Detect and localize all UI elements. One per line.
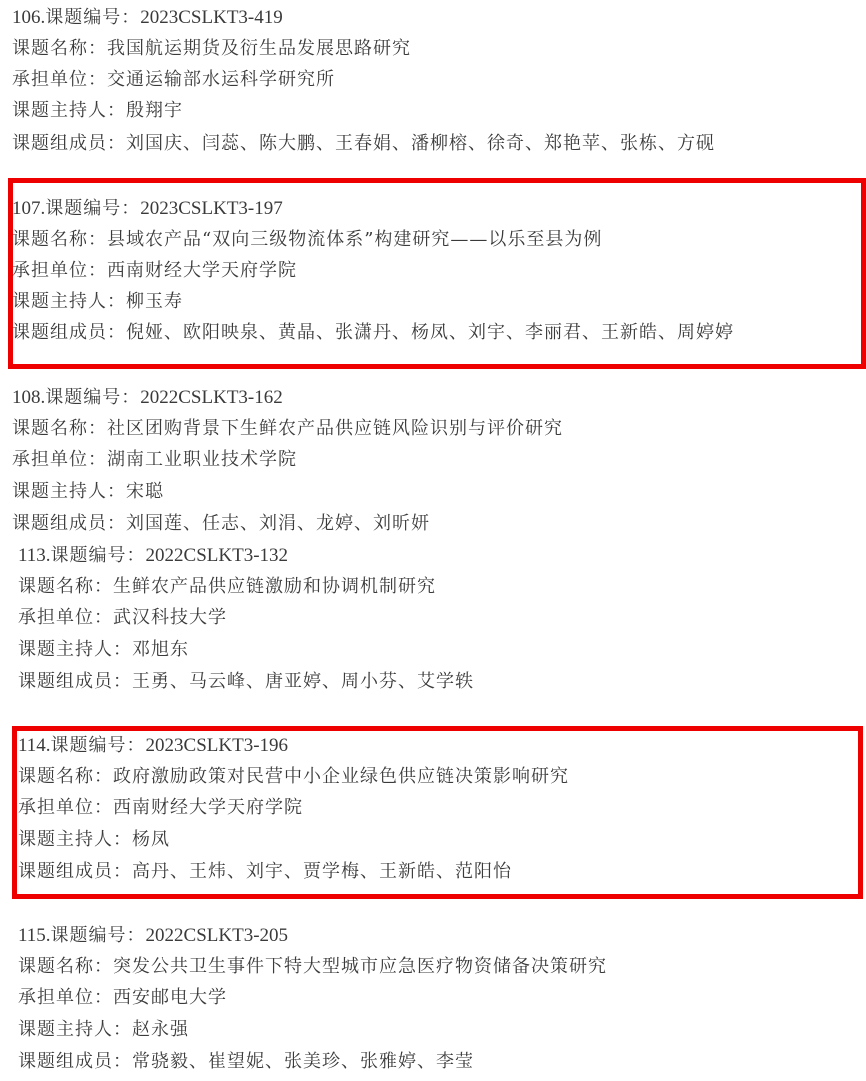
host-label: 课题主持人： bbox=[18, 1019, 132, 1040]
project-members-line: 课题组成员：常骁毅、崔望妮、张美珍、张雅婷、李莹 bbox=[18, 1051, 474, 1073]
code-label: 课题编号： bbox=[45, 387, 140, 408]
project-title: 突发公共卫生事件下特大型城市应急医疗物资储备决策研究 bbox=[113, 956, 607, 977]
project-code-line: 113.课题编号：2022CSLKT3-132 bbox=[18, 545, 288, 567]
org-label: 承担单位： bbox=[12, 69, 107, 90]
project-org-line: 承担单位：西南财经大学天府学院 bbox=[18, 797, 303, 819]
project-code: 2022CSLKT3-205 bbox=[146, 925, 289, 946]
project-title: 生鲜农产品供应链激励和协调机制研究 bbox=[113, 576, 436, 597]
project-host-line: 课题主持人：殷翔宇 bbox=[12, 100, 183, 122]
host-label: 课题主持人： bbox=[12, 291, 126, 312]
project-title-line: 课题名称：政府激励政策对民营中小企业绿色供应链决策影响研究 bbox=[18, 766, 569, 788]
project-members-line: 课题组成员：刘国莲、任志、刘涓、龙婷、刘昕妍 bbox=[12, 513, 430, 535]
title-label: 课题名称： bbox=[12, 418, 107, 439]
members-label: 课题组成员： bbox=[18, 1051, 132, 1072]
project-host: 殷翔宇 bbox=[126, 100, 183, 121]
entry-index: 115. bbox=[18, 925, 51, 946]
project-title-line: 课题名称：突发公共卫生事件下特大型城市应急医疗物资储备决策研究 bbox=[18, 956, 607, 978]
entry-index: 113. bbox=[18, 545, 51, 566]
project-title: 政府激励政策对民营中小企业绿色供应链决策影响研究 bbox=[113, 766, 569, 787]
entry-index: 106. bbox=[12, 7, 45, 28]
org-label: 承担单位： bbox=[18, 987, 113, 1008]
title-label: 课题名称： bbox=[18, 766, 113, 787]
project-code-line: 106.课题编号：2023CSLKT3-419 bbox=[12, 7, 283, 29]
project-title-line: 课题名称：县域农产品“双向三级物流体系”构建研究——以乐至县为例 bbox=[12, 229, 602, 251]
code-label: 课题编号： bbox=[45, 198, 140, 219]
project-members-line: 课题组成员：倪娅、欧阳映泉、黄晶、张潇丹、杨凤、刘宇、李丽君、王新皓、周婷婷 bbox=[12, 322, 734, 344]
title-label: 课题名称： bbox=[12, 38, 107, 59]
project-code-line: 114.课题编号：2023CSLKT3-196 bbox=[18, 735, 288, 757]
project-title: 我国航运期货及衍生品发展思路研究 bbox=[107, 38, 411, 59]
project-org: 武汉科技大学 bbox=[113, 607, 227, 628]
project-code-line: 107.课题编号：2023CSLKT3-197 bbox=[12, 198, 283, 220]
host-label: 课题主持人： bbox=[12, 100, 126, 121]
project-code: 2023CSLKT3-196 bbox=[146, 735, 289, 756]
members-label: 课题组成员： bbox=[18, 671, 132, 692]
project-org-line: 承担单位：湖南工业职业技术学院 bbox=[12, 449, 297, 471]
project-code: 2023CSLKT3-419 bbox=[140, 7, 283, 28]
project-host: 赵永强 bbox=[132, 1019, 189, 1040]
project-members: 王勇、马云峰、唐亚婷、周小芬、艾学轶 bbox=[132, 671, 474, 692]
project-org-line: 承担单位：武汉科技大学 bbox=[18, 607, 227, 629]
project-title-line: 课题名称：生鲜农产品供应链激励和协调机制研究 bbox=[18, 576, 436, 598]
code-label: 课题编号： bbox=[45, 7, 140, 28]
project-org-line: 承担单位：交通运输部水运科学研究所 bbox=[12, 69, 335, 91]
project-host-line: 课题主持人：杨凤 bbox=[18, 829, 170, 851]
project-members-line: 课题组成员：刘国庆、闫蕊、陈大鹏、王春娟、潘柳榕、徐奇、郑艳苹、张栋、方砚 bbox=[12, 133, 715, 155]
project-org: 西安邮电大学 bbox=[113, 987, 227, 1008]
members-label: 课题组成员： bbox=[12, 322, 126, 343]
project-org: 湖南工业职业技术学院 bbox=[107, 449, 297, 470]
host-label: 课题主持人： bbox=[18, 639, 132, 660]
project-org-line: 承担单位：西安邮电大学 bbox=[18, 987, 227, 1009]
members-label: 课题组成员： bbox=[18, 861, 132, 882]
project-code: 2022CSLKT3-132 bbox=[146, 545, 289, 566]
project-org: 西南财经大学天府学院 bbox=[107, 260, 297, 281]
project-members: 刘国庆、闫蕊、陈大鹏、王春娟、潘柳榕、徐奇、郑艳苹、张栋、方砚 bbox=[126, 133, 715, 154]
project-members-line: 课题组成员：高丹、王炜、刘宇、贾学梅、王新皓、范阳怡 bbox=[18, 861, 512, 883]
title-label: 课题名称： bbox=[12, 229, 107, 250]
host-label: 课题主持人： bbox=[12, 481, 126, 502]
project-members: 常骁毅、崔望妮、张美珍、张雅婷、李莹 bbox=[132, 1051, 474, 1072]
org-label: 承担单位： bbox=[18, 607, 113, 628]
entry-index: 114. bbox=[18, 735, 51, 756]
code-label: 课题编号： bbox=[51, 925, 146, 946]
project-org: 西南财经大学天府学院 bbox=[113, 797, 303, 818]
project-host: 邓旭东 bbox=[132, 639, 189, 660]
project-org: 交通运输部水运科学研究所 bbox=[107, 69, 335, 90]
title-label: 课题名称： bbox=[18, 956, 113, 977]
org-label: 承担单位： bbox=[12, 449, 107, 470]
code-label: 课题编号： bbox=[51, 545, 146, 566]
project-code-line: 108.课题编号：2022CSLKT3-162 bbox=[12, 387, 283, 409]
project-host-line: 课题主持人：赵永强 bbox=[18, 1019, 189, 1041]
entry-index: 107. bbox=[12, 198, 45, 219]
project-members: 刘国莲、任志、刘涓、龙婷、刘昕妍 bbox=[126, 513, 430, 534]
title-label: 课题名称： bbox=[18, 576, 113, 597]
project-host: 柳玉寿 bbox=[126, 291, 183, 312]
project-title: 社区团购背景下生鲜农产品供应链风险识别与评价研究 bbox=[107, 418, 563, 439]
org-label: 承担单位： bbox=[12, 260, 107, 281]
project-members-line: 课题组成员：王勇、马云峰、唐亚婷、周小芬、艾学轶 bbox=[18, 671, 474, 693]
code-label: 课题编号： bbox=[51, 735, 146, 756]
project-title-line: 课题名称：社区团购背景下生鲜农产品供应链风险识别与评价研究 bbox=[12, 418, 563, 440]
project-host: 宋聪 bbox=[126, 481, 164, 502]
entry-index: 108. bbox=[12, 387, 45, 408]
host-label: 课题主持人： bbox=[18, 829, 132, 850]
project-title: 县域农产品“双向三级物流体系”构建研究——以乐至县为例 bbox=[107, 229, 602, 250]
project-org-line: 承担单位：西南财经大学天府学院 bbox=[12, 260, 297, 282]
project-host-line: 课题主持人：邓旭东 bbox=[18, 639, 189, 661]
project-members: 高丹、王炜、刘宇、贾学梅、王新皓、范阳怡 bbox=[132, 861, 512, 882]
members-label: 课题组成员： bbox=[12, 133, 126, 154]
project-host-line: 课题主持人：柳玉寿 bbox=[12, 291, 183, 313]
project-code: 2023CSLKT3-197 bbox=[140, 198, 283, 219]
project-title-line: 课题名称：我国航运期货及衍生品发展思路研究 bbox=[12, 38, 411, 60]
org-label: 承担单位： bbox=[18, 797, 113, 818]
project-code-line: 115.课题编号：2022CSLKT3-205 bbox=[18, 925, 288, 947]
project-host: 杨凤 bbox=[132, 829, 170, 850]
members-label: 课题组成员： bbox=[12, 513, 126, 534]
project-host-line: 课题主持人：宋聪 bbox=[12, 481, 164, 503]
project-members: 倪娅、欧阳映泉、黄晶、张潇丹、杨凤、刘宇、李丽君、王新皓、周婷婷 bbox=[126, 322, 734, 343]
project-code: 2022CSLKT3-162 bbox=[140, 387, 283, 408]
